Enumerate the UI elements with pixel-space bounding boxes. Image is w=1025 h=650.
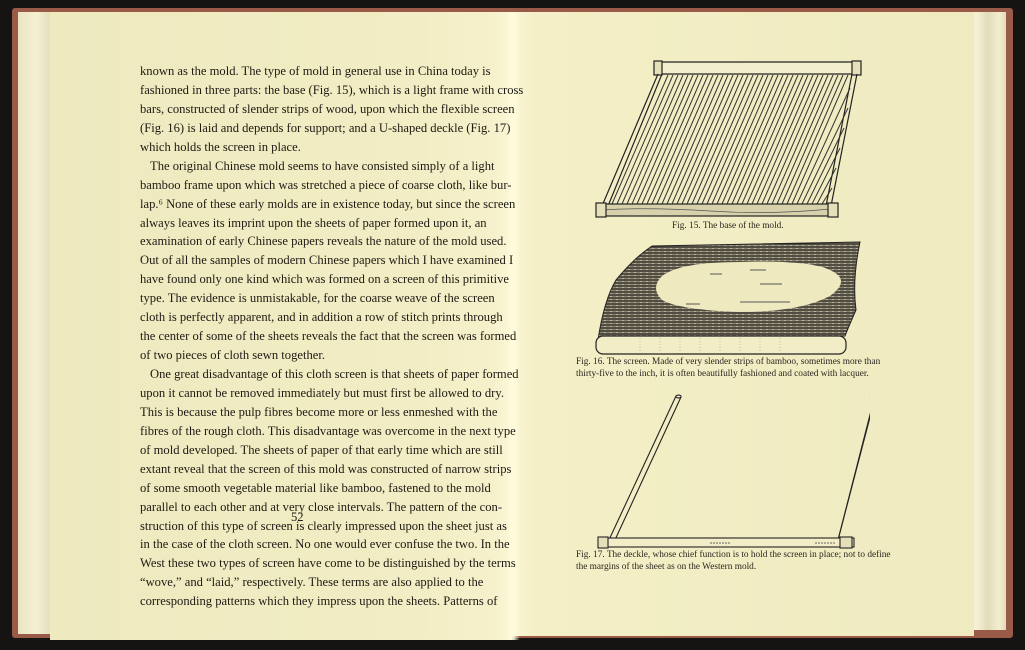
body-text-line: of some smooth vegetable material like b…: [140, 479, 456, 498]
body-text-line: “wove,” and “laid,” respectively. These …: [140, 573, 456, 592]
body-text-line: Out of all the samples of modern Chinese…: [140, 251, 456, 270]
body-text-line: known as the mold. The type of mold in g…: [140, 62, 456, 81]
body-text-line: the center of some of the sheets reveals…: [140, 327, 456, 346]
body-text-line: of mold developed. The sheets of paper o…: [140, 441, 456, 460]
body-text-line: (Fig. 16) is laid and depends for suppor…: [140, 119, 456, 138]
fig16-caption: Fig. 16. The screen. Made of very slende…: [576, 357, 880, 380]
body-text-line: fashioned in three parts: the base (Fig.…: [140, 81, 456, 100]
body-text-line: of two pieces of cloth sewn together.: [140, 346, 456, 365]
body-text-line: type. The evidence is unmistakable, for …: [140, 289, 456, 308]
body-text-line: One great disadvantage of this cloth scr…: [140, 365, 456, 384]
body-text-line: corresponding patterns which they impres…: [140, 592, 456, 611]
body-text-line: lap.⁶ None of these early molds are in e…: [140, 195, 456, 214]
fig17-caption: Fig. 17. The deckle, whose chief functio…: [576, 550, 891, 573]
body-text-line: West these two types of screen have come…: [140, 554, 456, 573]
body-text-line: cloth is perfectly apparent, and in addi…: [140, 308, 456, 327]
fig16-caption-line-2: thirty-five to the inch, it is often bea…: [576, 369, 880, 381]
body-text-line: bars, constructed of slender strips of w…: [140, 100, 456, 119]
body-text-line: fibres of the rough cloth. This disadvan…: [140, 422, 456, 441]
body-text-line: bamboo frame upon which was stretched a …: [140, 176, 456, 195]
left-page-body-text: known as the mold. The type of mold in g…: [140, 62, 456, 611]
bamboo-screen-illustration: [590, 240, 870, 358]
body-text-line: extant reveal that the screen of this mo…: [140, 460, 456, 479]
body-text-line: have found only one kind which was forme…: [140, 270, 456, 289]
fig15-caption: Fig. 15. The base of the mold.: [672, 221, 784, 233]
body-text-line: This is because the pulp fibres become m…: [140, 403, 456, 422]
body-text-line: which holds the screen in place.: [140, 138, 456, 157]
fig17-caption-line-2: the margins of the sheet as on the Weste…: [576, 562, 891, 574]
body-text-line: always leaves its imprint upon the sheet…: [140, 214, 456, 233]
fig16-caption-line-1: Fig. 16. The screen. Made of very slende…: [576, 357, 880, 369]
body-text-line: examination of early Chinese papers reve…: [140, 232, 456, 251]
fig17-caption-line-1: Fig. 17. The deckle, whose chief functio…: [576, 550, 891, 562]
body-text-line: The original Chinese mold seems to have …: [140, 157, 456, 176]
body-text-line: upon it cannot be removed immediately bu…: [140, 384, 456, 403]
page-number: 52: [291, 510, 304, 525]
body-text-line: in the case of the cloth screen. No one …: [140, 535, 456, 554]
mold-base-illustration: [590, 58, 870, 218]
deckle-illustration: [590, 390, 870, 550]
